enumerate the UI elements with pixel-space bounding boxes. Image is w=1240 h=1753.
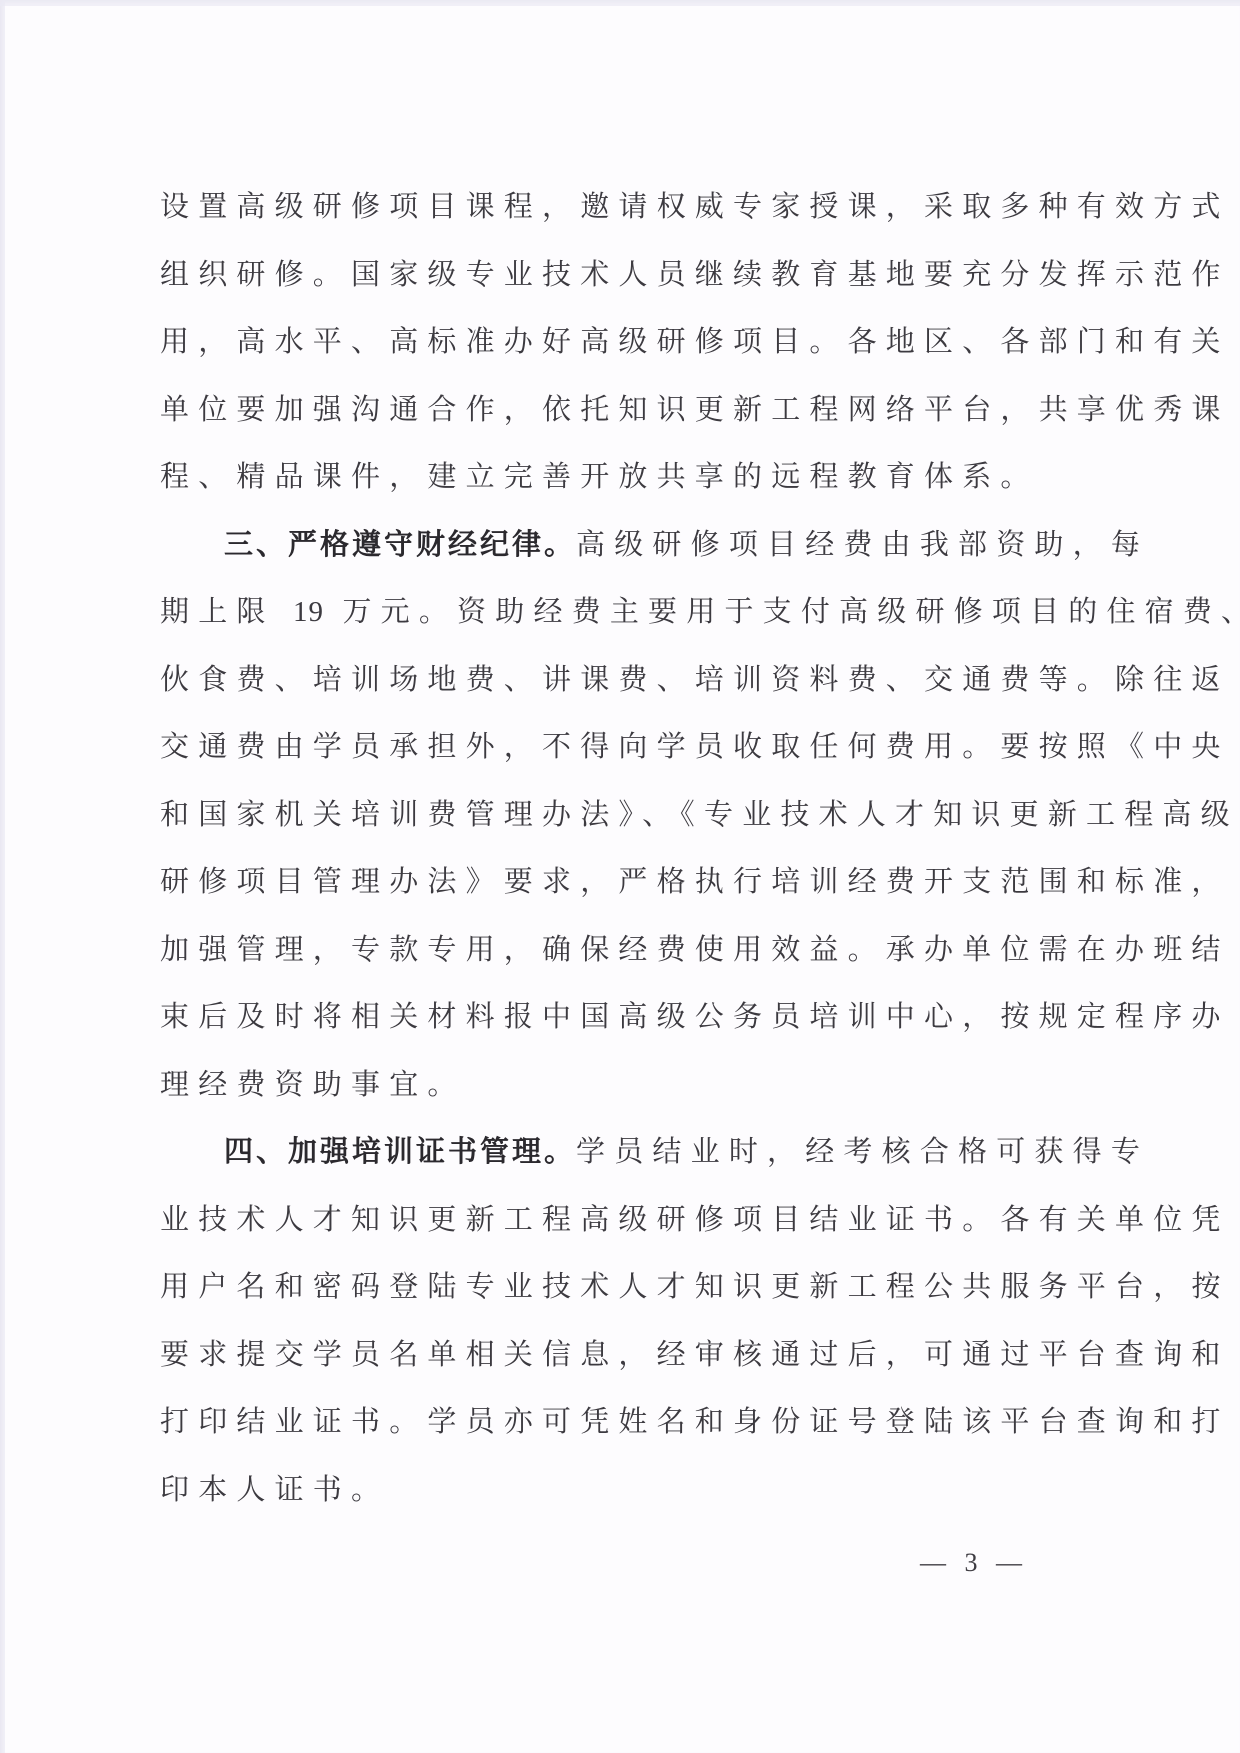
scan-edge-left: [0, 0, 5, 1753]
text-line: 打印结业证书。学员亦可凭姓名和身份证号登陆该平台查询和打: [160, 1401, 1072, 1469]
text-line: 用户名和密码登陆专业技术人才知识更新工程公共服务平台，按: [160, 1266, 1072, 1334]
text-line: 印本人证书。: [160, 1469, 1072, 1537]
text-run: 学员结业时，经考核合格可获得专: [576, 1134, 1149, 1168]
text-run: 万元。资助经费主要用于支付高级研修项目的住宿费、: [342, 594, 1240, 628]
text-line: 伙食费、培训场地费、讲课费、培训资料费、交通费等。除往返: [160, 659, 1072, 727]
scan-edge-top: [0, 0, 1240, 6]
text-line: 程、精品课件，建立完善开放共享的远程教育体系。: [160, 456, 1072, 524]
text-line: 和国家机关培训费管理办法》、《专业技术人才知识更新工程高级: [160, 794, 1072, 862]
section-four-first-line: 四、加强培训证书管理。学员结业时，经考核合格可获得专: [160, 1131, 1072, 1199]
text-line: 束后及时将相关材料报中国高级公务员培训中心，按规定程序办: [160, 996, 1072, 1064]
text-line: 期上限 19 万元。资助经费主要用于支付高级研修项目的住宿费、: [160, 591, 1072, 659]
text-line: 交通费由学员承担外，不得向学员收取任何费用。要按照《中央: [160, 726, 1072, 794]
text-run: 高级研修项目经费由我部资助，每: [576, 527, 1149, 561]
text-line: 业技术人才知识更新工程高级研修项目结业证书。各有关单位凭: [160, 1199, 1072, 1267]
text-line: 组织研修。国家级专业技术人员继续教育基地要充分发挥示范作: [160, 254, 1072, 322]
text-line: 设置高级研修项目课程，邀请权威专家授课，采取多种有效方式: [160, 186, 1072, 254]
text-line: 加强管理，专款专用，确保经费使用效益。承办单位需在办班结: [160, 929, 1072, 997]
text-line: 要求提交学员名单相关信息，经审核通过后，可通过平台查询和: [160, 1334, 1072, 1402]
funding-cap-number: 19: [293, 596, 324, 628]
text-line: 用，高水平、高标准办好高级研修项目。各地区、各部门和有关: [160, 321, 1072, 389]
section-heading-finance-discipline: 三、严格遵守财经纪律。: [224, 527, 576, 561]
page-number: — 3 —: [920, 1548, 1028, 1578]
text-run: 期上限: [160, 594, 275, 628]
text-line: 理经费资助事宜。: [160, 1064, 1072, 1132]
section-heading-certificate-management: 四、加强培训证书管理。: [224, 1134, 576, 1168]
document-body: 设置高级研修项目课程，邀请权威专家授课，采取多种有效方式 组织研修。国家级专业技…: [160, 186, 1072, 1536]
text-line: 研修项目管理办法》要求，严格执行培训经费开支范围和标准，: [160, 861, 1072, 929]
section-three-first-line: 三、严格遵守财经纪律。高级研修项目经费由我部资助，每: [160, 524, 1072, 592]
document-page: 设置高级研修项目课程，邀请权威专家授课，采取多种有效方式 组织研修。国家级专业技…: [0, 0, 1240, 1753]
text-line: 单位要加强沟通合作，依托知识更新工程网络平台，共享优秀课: [160, 389, 1072, 457]
